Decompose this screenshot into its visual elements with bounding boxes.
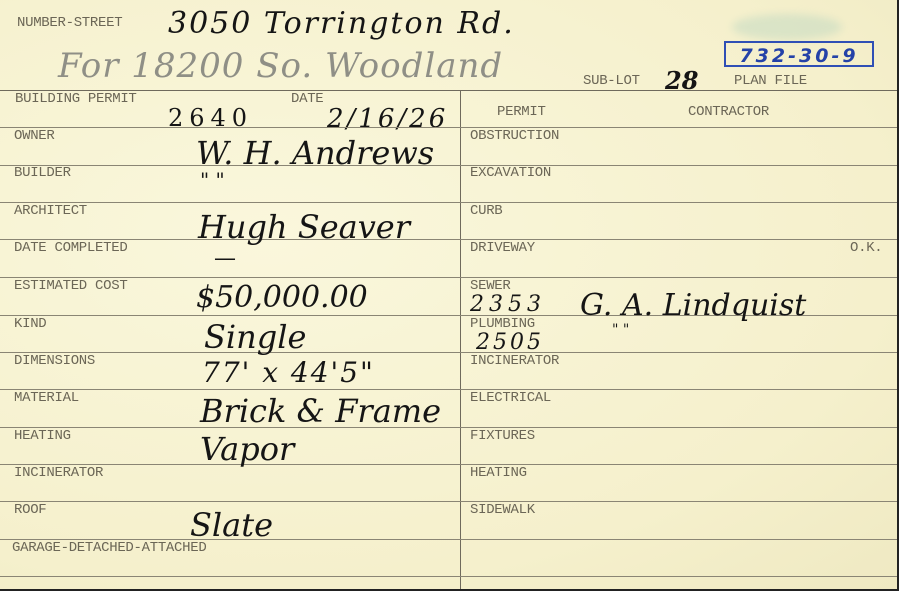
permit-label-driveway: DRIVEWAY <box>470 240 535 256</box>
field-label-date-completed: DATE COMPLETED <box>14 240 127 256</box>
rule-line <box>0 501 460 502</box>
number-street-value: 3050 Torrington Rd. <box>168 6 515 41</box>
contractor-column-header: CONTRACTOR <box>688 104 769 120</box>
permit-label-excavation: EXCAVATION <box>470 165 551 181</box>
permit-column-header: PERMIT <box>497 104 546 120</box>
rule-line <box>460 576 897 577</box>
field-value-material: Brick & Frame <box>200 392 441 430</box>
field-value-estimated-cost: $50,000.00 <box>196 280 368 315</box>
field-label-heating: HEATING <box>14 428 71 444</box>
building-permit-label: BUILDING PERMIT <box>15 91 137 107</box>
rule-line <box>460 202 897 203</box>
field-label-architect: ARCHITECT <box>14 203 87 219</box>
sewer-permit-number: 2353 <box>470 292 546 317</box>
field-value-dimensions: 77' x 44'5" <box>202 356 375 389</box>
permit-label-curb: CURB <box>470 203 502 219</box>
rule-line <box>0 127 460 128</box>
rule-line <box>460 277 897 278</box>
permit-label-electrical: ELECTRICAL <box>470 390 551 406</box>
rule-line <box>0 315 460 316</box>
stain-mark <box>732 14 842 40</box>
plumbing-contractor: " " <box>612 322 629 338</box>
field-label-owner: OWNER <box>14 128 55 144</box>
permit-label-obstruction: OBSTRUCTION <box>470 128 559 144</box>
date-label: DATE <box>291 91 323 107</box>
building-permit-card: NUMBER-STREET 3050 Torrington Rd. For 18… <box>0 0 899 591</box>
sewer-contractor: G. A. Lindquist <box>580 288 806 323</box>
field-label-material: MATERIAL <box>14 390 79 406</box>
sub-lot-label: SUB-LOT <box>583 73 640 89</box>
file-number-stamp: 732-30-9 <box>724 41 874 67</box>
driveway-note: O.K. <box>850 240 882 256</box>
rule-line <box>460 539 897 540</box>
rule-line <box>0 576 460 577</box>
field-value-kind: Single <box>204 318 306 356</box>
field-label-kind: KIND <box>14 316 46 332</box>
permit-label-incinerator: INCINERATOR <box>470 353 559 369</box>
plan-file-label: PLAN FILE <box>734 73 807 89</box>
field-value-builder: " " <box>200 168 225 192</box>
field-value-owner: W. H. Andrews <box>196 134 434 172</box>
permit-label-heating: HEATING <box>470 465 527 481</box>
date-value: 2/16/26 <box>327 104 448 134</box>
number-street-label: NUMBER-STREET <box>17 15 122 31</box>
permit-label-fixtures: FIXTURES <box>470 428 535 444</box>
field-value-heating: Vapor <box>200 430 294 468</box>
old-address-pencil-note: For 18200 So. Woodland <box>58 46 503 86</box>
field-label-incinerator: INCINERATOR <box>14 465 103 481</box>
field-value-architect: Hugh Seaver <box>198 208 410 246</box>
plumbing-permit-number: 2505 <box>476 330 544 355</box>
field-value-roof: Slate <box>190 506 273 544</box>
field-label-dimensions: DIMENSIONS <box>14 353 95 369</box>
field-label-estimated-cost: ESTIMATED COST <box>14 278 127 294</box>
field-value-date-completed: — <box>214 246 236 271</box>
field-label-roof: ROOF <box>14 502 46 518</box>
field-label-garage: GARAGE-DETACHED-ATTACHED <box>12 540 206 556</box>
field-label-builder: BUILDER <box>14 165 71 181</box>
permit-label-sidewalk: SIDEWALK <box>470 502 535 518</box>
